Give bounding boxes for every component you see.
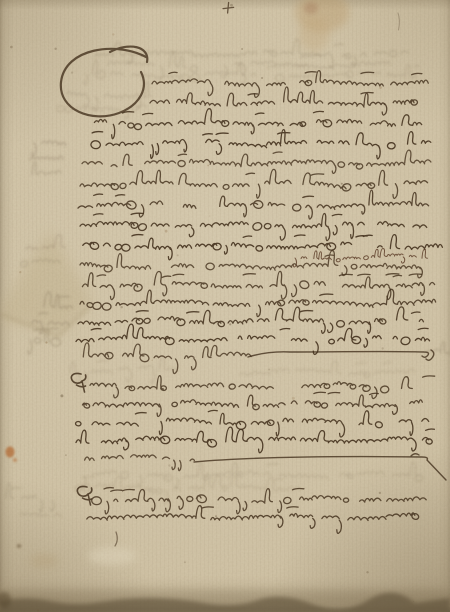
scan-canvas (0, 0, 450, 612)
manuscript-page (0, 0, 450, 612)
paper-grain (0, 0, 450, 612)
scan-edges (0, 588, 450, 612)
